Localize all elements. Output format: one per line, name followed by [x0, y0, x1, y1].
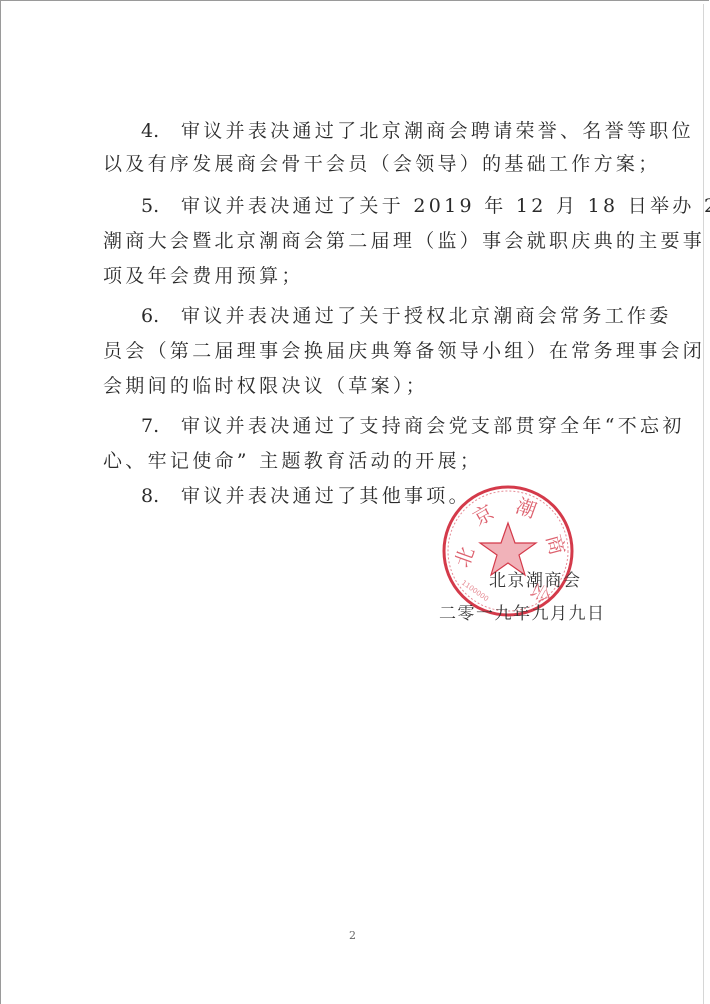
signature-date: 二零一九年九月九日 [439, 599, 606, 624]
item-number: 5. [141, 195, 181, 217]
item-6-line-2: 员会（第二届理事会换届庆典筹备领导小组）在常务理事会闭 [103, 340, 628, 362]
item-6-line-1: 6.审议并表决通过了关于授权北京潮商会常务工作委 [141, 305, 628, 327]
item-number: 6. [141, 305, 181, 327]
item-number: 8. [141, 485, 181, 507]
item-7-line-1: 7.审议并表决通过了支持商会党支部贯穿全年“不忘初 [141, 415, 628, 437]
item-4-line-2: 以及有序发展商会骨干会员（会领导）的基础工作方案； [103, 153, 628, 175]
item-text: 审议并表决通过了北京潮商会聘请荣誉、名誉等职位 [181, 120, 694, 142]
item-text: 审议并表决通过了支持商会党支部贯穿全年“不忘初 [181, 415, 685, 437]
document-page: 4.审议并表决通过了北京潮商会聘请荣誉、名誉等职位 以及有序发展商会骨干会员（会… [0, 0, 709, 1004]
item-text: 审议并表决通过了关于 2019 年 12 月 18 日举办 2019 [181, 195, 710, 217]
item-5-line-1: 5.审议并表决通过了关于 2019 年 12 月 18 日举办 2019 [141, 195, 628, 217]
item-5-line-2: 潮商大会暨北京潮商会第二届理（监）事会就职庆典的主要事 [103, 230, 628, 252]
svg-text:潮: 潮 [513, 493, 540, 522]
item-6-line-3: 会期间的临时权限决议（草案）； [103, 375, 628, 397]
item-7-line-2: 心、牢记使命” 主题教育活动的开展； [103, 450, 628, 472]
page-edge [703, 4, 704, 1004]
item-5-line-3: 项及年会费用预算； [103, 265, 628, 287]
item-text: 审议并表决通过了其他事项。 [181, 485, 471, 507]
svg-text:商: 商 [541, 532, 569, 558]
item-number: 4. [141, 120, 181, 142]
signature-organization: 北京潮商会 [489, 566, 582, 591]
item-number: 7. [141, 415, 181, 437]
svg-text:北: 北 [450, 543, 479, 570]
item-4-line-1: 4.审议并表决通过了北京潮商会聘请荣誉、名誉等职位 [141, 120, 628, 142]
page-number: 2 [349, 929, 356, 942]
svg-text:京: 京 [469, 500, 498, 531]
item-text: 审议并表决通过了关于授权北京潮商会常务工作委 [181, 305, 672, 327]
